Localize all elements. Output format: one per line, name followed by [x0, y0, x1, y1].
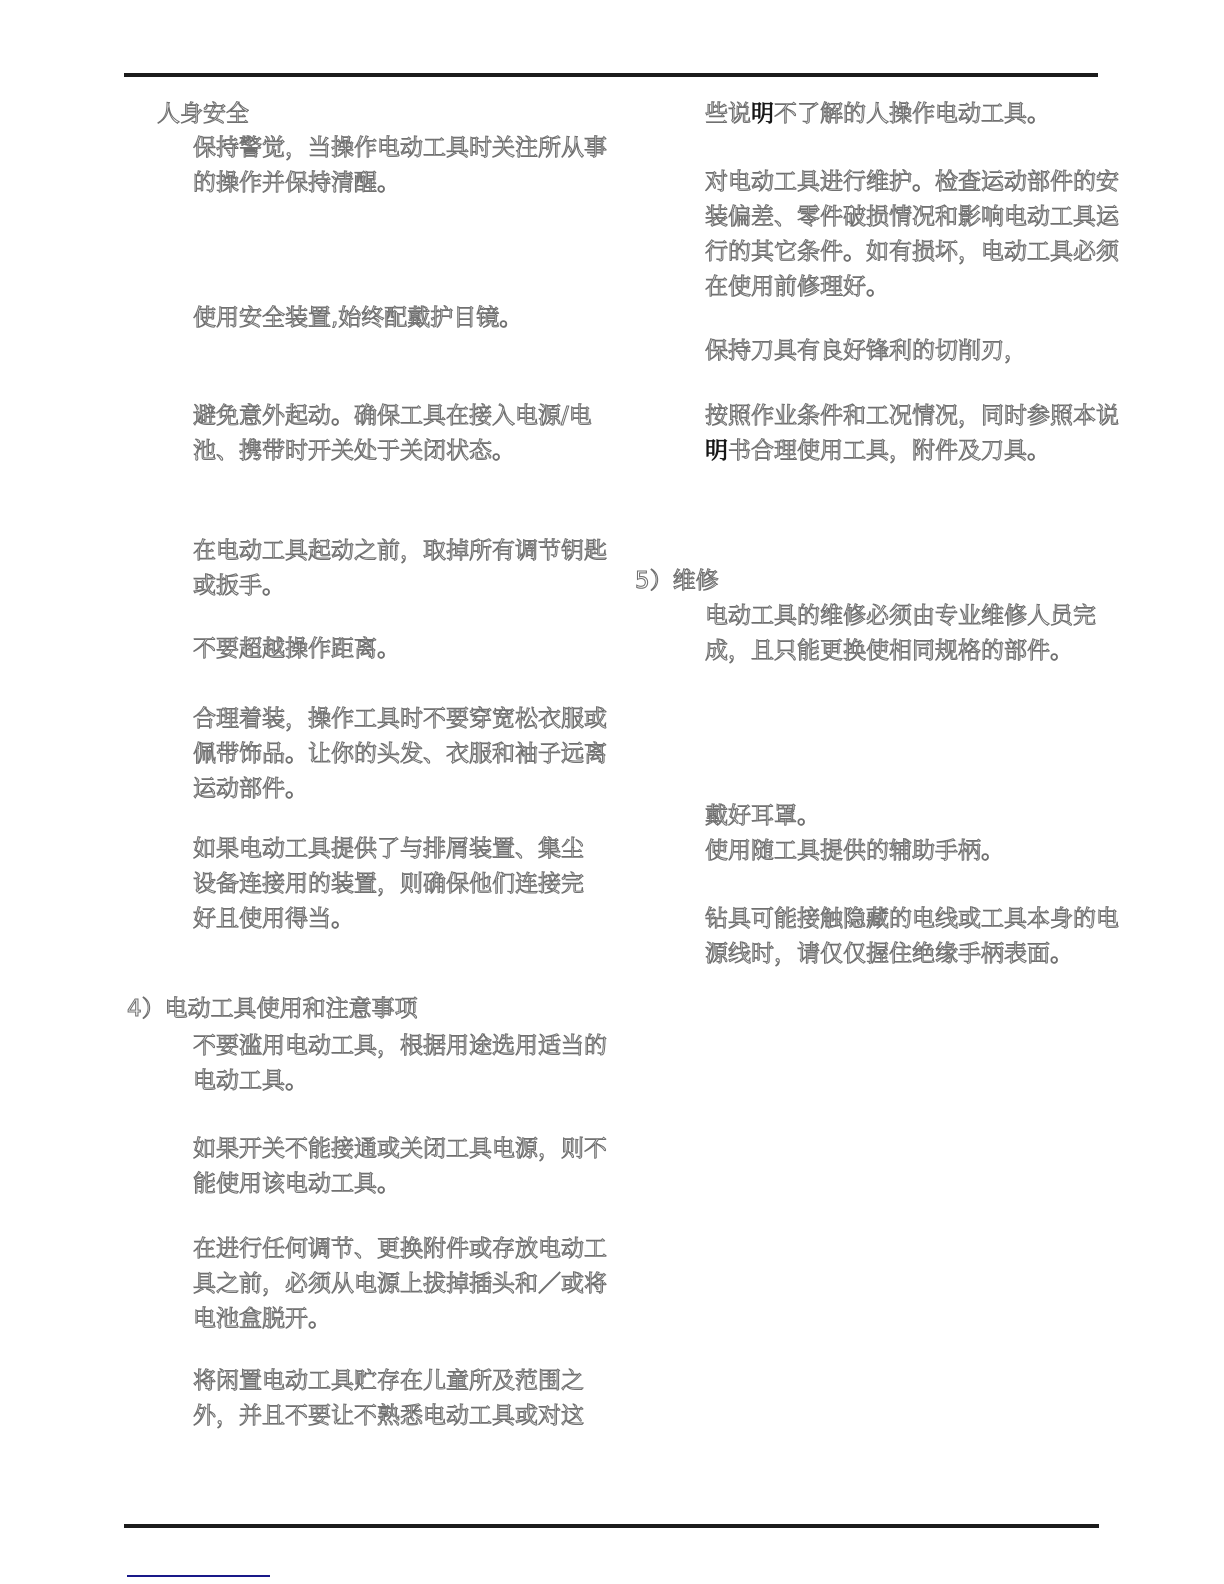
text-run: 在使用前修理好。 [705, 274, 889, 300]
text-line: 在电动工具起动之前，取掉所有调节钥匙 [193, 534, 607, 569]
paragraph: 保持警觉，当操作电动工具时关注所从事的操作并保持清醒。 [193, 131, 607, 201]
text-run: 合理着装，操作工具时不要穿宽松衣服或 [193, 706, 607, 732]
text-run: 在进行任何调节、更换附件或存放电动工 [193, 1236, 607, 1262]
paragraph: 钻具可能接触隐藏的电线或工具本身的电源线时，请仅仅握住绝缘手柄表面。 [705, 902, 1119, 972]
text-line: 如果电动工具提供了与排屑装置、集尘 [193, 832, 584, 867]
text-run: 将闲置电动工具贮存在儿童所及范围之 [193, 1368, 584, 1394]
bold-text-run: 明 [751, 101, 774, 127]
text-line: 佩带饰品。让你的头发、衣服和袖子远离 [193, 737, 607, 772]
section-heading-personal-safety: 人身安全 [157, 97, 249, 132]
paragraph: 如果电动工具提供了与排屑装置、集尘设备连接用的装置，则确保他们连接完好且使用得当… [193, 832, 584, 937]
text-line: 使用安全装置,始终配戴护目镜。 [193, 301, 522, 336]
text-run: 些说 [705, 101, 751, 127]
text-run: 的操作并保持清醒。 [193, 170, 400, 196]
text-run: 5）维修 [635, 568, 719, 594]
text-run: 保持警觉，当操作电动工具时关注所从事 [193, 135, 607, 161]
text-run: 钻具可能接触隐藏的电线或工具本身的电 [705, 906, 1119, 932]
text-line: 具之前，必须从电源上拔掉插头和／或将 [193, 1267, 607, 1302]
right-column: 些说明不了解的人操作电动工具。 对电动工具进行维护。检查运动部件的安装偏差、零件… [635, 0, 1115, 1584]
paragraph: 使用安全装置,始终配戴护目镜。 [193, 301, 522, 336]
text-run: 能使用该电动工具。 [193, 1171, 400, 1197]
text-run: 人身安全 [157, 101, 249, 127]
text-line: 戴好耳罩。 [705, 799, 820, 834]
text-line: 钻具可能接触隐藏的电线或工具本身的电 [705, 902, 1119, 937]
paragraph: 不要超越操作距离。 [193, 632, 400, 667]
text-run: 避免意外起动。确保工具在接入电源/电 [193, 403, 592, 429]
text-line: 人身安全 [157, 97, 249, 132]
text-run: 电动工具。 [193, 1068, 308, 1094]
text-line: 些说明不了解的人操作电动工具。 [705, 97, 1050, 132]
text-line: 运动部件。 [193, 772, 607, 807]
text-run: 成，且只能更换使相同规格的部件。 [705, 638, 1073, 664]
paragraph: 戴好耳罩。 [705, 799, 820, 834]
text-line: 电动工具。 [193, 1064, 607, 1099]
text-line: 如果开关不能接通或关闭工具电源，则不 [193, 1132, 607, 1167]
text-run: 源线时，请仅仅握住绝缘手柄表面。 [705, 941, 1073, 967]
paragraph: 电动工具的维修必须由专业维修人员完成，且只能更换使相同规格的部件。 [705, 599, 1096, 669]
text-run: 如果电动工具提供了与排屑装置、集尘 [193, 836, 584, 862]
text-line: 池、携带时开关处于关闭状态。 [193, 434, 592, 469]
text-run: 不要超越操作距离。 [193, 636, 400, 662]
text-line: 好且使用得当。 [193, 902, 584, 937]
text-run: 使用随工具提供的辅助手柄。 [705, 838, 1004, 864]
text-run: 具之前，必须从电源上拔掉插头和／或将 [193, 1271, 607, 1297]
text-line: 明书合理使用工具，附件及刀具。 [705, 434, 1119, 469]
text-run: 4）电动工具使用和注意事项 [127, 996, 418, 1022]
text-run: 行的其它条件。如有损坏，电动工具必须 [705, 239, 1119, 265]
text-run: 电动工具的维修必须由专业维修人员完 [705, 603, 1096, 629]
text-run: 书合理使用工具，附件及刀具。 [728, 438, 1050, 464]
paragraph: 合理着装，操作工具时不要穿宽松衣服或佩带饰品。让你的头发、衣服和袖子远离运动部件… [193, 702, 607, 807]
text-run: 对电动工具进行维护。检查运动部件的安 [705, 169, 1119, 195]
paragraph: 按照作业条件和工况情况，同时参照本说明书合理使用工具，附件及刀具。 [705, 399, 1119, 469]
paragraph: 在电动工具起动之前，取掉所有调节钥匙或扳手。 [193, 534, 607, 604]
text-run: 好且使用得当。 [193, 906, 354, 932]
text-line: 设备连接用的装置，则确保他们连接完 [193, 867, 584, 902]
section-heading-4-tool-use: 4）电动工具使用和注意事项 [127, 992, 418, 1027]
text-run: 使用安全装置,始终配戴护目镜。 [193, 305, 522, 331]
text-run: 如果开关不能接通或关闭工具电源，则不 [193, 1136, 607, 1162]
text-line: 使用随工具提供的辅助手柄。 [705, 834, 1004, 869]
paragraph: 避免意外起动。确保工具在接入电源/电池、携带时开关处于关闭状态。 [193, 399, 592, 469]
text-line: 保持刀具有良好锋利的切削刃， [705, 334, 1027, 369]
text-line: 按照作业条件和工况情况，同时参照本说 [705, 399, 1119, 434]
bold-text-run: 明 [705, 438, 728, 464]
text-line: 在进行任何调节、更换附件或存放电动工 [193, 1232, 607, 1267]
text-run: 或扳手。 [193, 573, 285, 599]
paragraph: 保持刀具有良好锋利的切削刃， [705, 334, 1027, 369]
text-line: 能使用该电动工具。 [193, 1167, 607, 1202]
text-line: 装偏差、零件破损情况和影响电动工具运 [705, 200, 1119, 235]
text-line: 4）电动工具使用和注意事项 [127, 992, 418, 1027]
text-line: 源线时，请仅仅握住绝缘手柄表面。 [705, 937, 1119, 972]
text-run: 电池盒脱开。 [193, 1306, 331, 1332]
paragraph: 如果开关不能接通或关闭工具电源，则不能使用该电动工具。 [193, 1132, 607, 1202]
text-line: 保持警觉，当操作电动工具时关注所从事 [193, 131, 607, 166]
text-line: 的操作并保持清醒。 [193, 166, 607, 201]
text-line: 避免意外起动。确保工具在接入电源/电 [193, 399, 592, 434]
text-line: 合理着装，操作工具时不要穿宽松衣服或 [193, 702, 607, 737]
text-line: 不要滥用电动工具，根据用途选用适当的 [193, 1029, 607, 1064]
text-run: 外，并且不要让不熟悉电动工具或对这 [193, 1403, 584, 1429]
footer-link-underline [127, 1575, 270, 1577]
text-run: 按照作业条件和工况情况，同时参照本说 [705, 403, 1119, 429]
text-run: 不要滥用电动工具，根据用途选用适当的 [193, 1033, 607, 1059]
text-line: 对电动工具进行维护。检查运动部件的安 [705, 165, 1119, 200]
document-page: 人身安全 保持警觉，当操作电动工具时关注所从事的操作并保持清醒。 使用安全装置,… [0, 0, 1224, 1584]
text-line: 电动工具的维修必须由专业维修人员完 [705, 599, 1096, 634]
text-run: 佩带饰品。让你的头发、衣服和袖子远离 [193, 741, 607, 767]
paragraph: 不要滥用电动工具，根据用途选用适当的电动工具。 [193, 1029, 607, 1099]
text-line: 不要超越操作距离。 [193, 632, 400, 667]
paragraph: 些说明不了解的人操作电动工具。 [705, 97, 1050, 132]
text-run: 戴好耳罩。 [705, 803, 820, 829]
paragraph: 对电动工具进行维护。检查运动部件的安装偏差、零件破损情况和影响电动工具运行的其它… [705, 165, 1119, 305]
text-line: 或扳手。 [193, 569, 607, 604]
paragraph: 将闲置电动工具贮存在儿童所及范围之外，并且不要让不熟悉电动工具或对这 [193, 1364, 584, 1434]
text-line: 在使用前修理好。 [705, 270, 1119, 305]
text-run: 池、携带时开关处于关闭状态。 [193, 438, 515, 464]
text-run: 在电动工具起动之前，取掉所有调节钥匙 [193, 538, 607, 564]
text-run: 保持刀具有良好锋利的切削刃， [705, 338, 1027, 364]
text-line: 外，并且不要让不熟悉电动工具或对这 [193, 1399, 584, 1434]
section-heading-5-service: 5）维修 [635, 564, 719, 599]
text-line: 电池盒脱开。 [193, 1302, 607, 1337]
text-run: 运动部件。 [193, 776, 308, 802]
text-line: 将闲置电动工具贮存在儿童所及范围之 [193, 1364, 584, 1399]
text-line: 行的其它条件。如有损坏，电动工具必须 [705, 235, 1119, 270]
paragraph: 使用随工具提供的辅助手柄。 [705, 834, 1004, 869]
left-column: 人身安全 保持警觉，当操作电动工具时关注所从事的操作并保持清醒。 使用安全装置,… [127, 0, 597, 1584]
text-line: 成，且只能更换使相同规格的部件。 [705, 634, 1096, 669]
bottom-horizontal-rule [124, 1524, 1099, 1528]
text-run: 设备连接用的装置，则确保他们连接完 [193, 871, 584, 897]
paragraph: 在进行任何调节、更换附件或存放电动工具之前，必须从电源上拔掉插头和／或将电池盒脱… [193, 1232, 607, 1337]
text-line: 5）维修 [635, 564, 719, 599]
text-run: 装偏差、零件破损情况和影响电动工具运 [705, 204, 1119, 230]
text-run: 不了解的人操作电动工具。 [774, 101, 1050, 127]
